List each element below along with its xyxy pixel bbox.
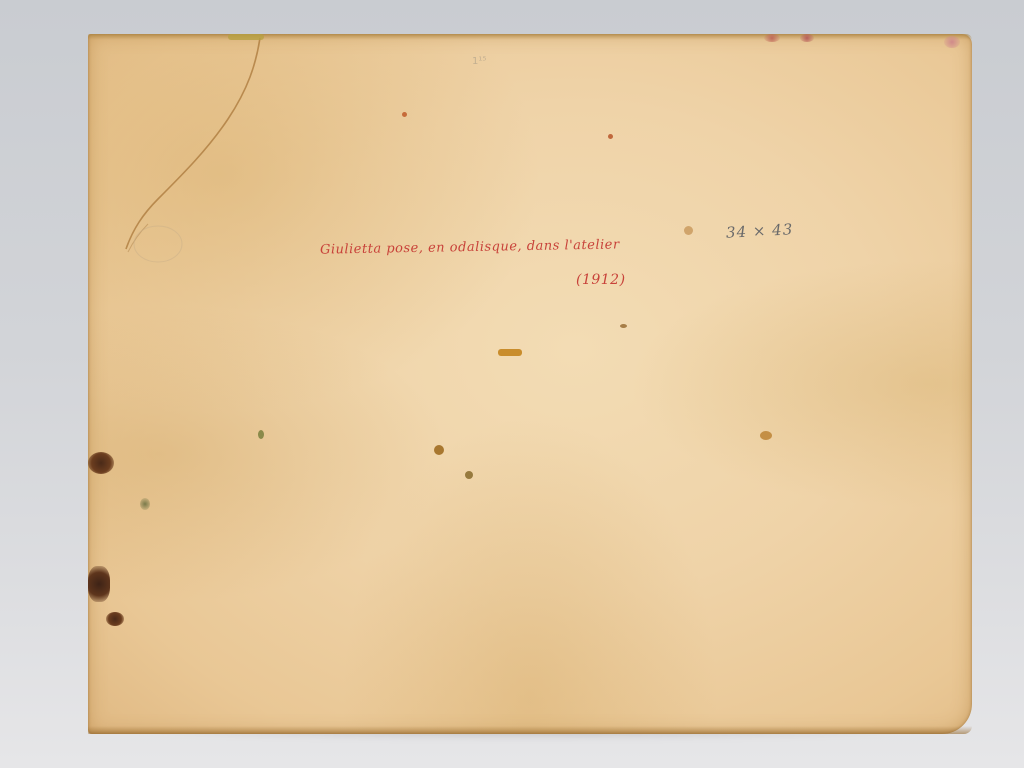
- pencil-inventory-mark: 1¹⁵: [472, 56, 486, 67]
- stain-speck: [620, 324, 627, 328]
- paint-mark: [764, 34, 780, 42]
- paint-mark: [106, 612, 124, 626]
- artwork-dimensions: 34 × 43: [726, 220, 794, 241]
- board-bottom-edge: [88, 726, 972, 734]
- photo-scene: 1¹⁵ Giulietta pose, en odalisque, dans l…: [0, 0, 1024, 768]
- paint-mark: [800, 34, 814, 42]
- stain-speck: [434, 445, 444, 455]
- stain-speck: [684, 226, 693, 235]
- paint-mark: [228, 34, 264, 40]
- paint-mark: [140, 498, 150, 510]
- artwork-year-inscription: (1912): [576, 272, 626, 288]
- paint-mark: [944, 36, 960, 48]
- board-top-edge: [88, 34, 972, 40]
- stain-speck: [760, 431, 772, 440]
- stain-speck: [608, 134, 613, 139]
- stain-speck: [258, 430, 264, 439]
- artwork-board-reverse: 1¹⁵ Giulietta pose, en odalisque, dans l…: [88, 34, 972, 734]
- stain-speck: [402, 112, 407, 117]
- board-crack: [88, 34, 972, 734]
- paint-mark: [88, 452, 114, 474]
- stain-speck: [498, 349, 522, 356]
- paint-mark: [88, 566, 110, 602]
- stain-speck: [465, 471, 473, 479]
- artwork-title-inscription: Giulietta pose, en odalisque, dans l'ate…: [320, 237, 620, 257]
